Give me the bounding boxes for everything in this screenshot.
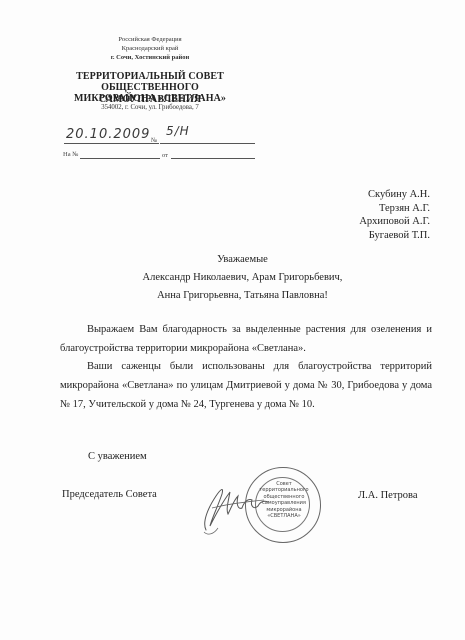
org-address: 354002, г. Сочи, ул. Грибоедова, 7 [60,104,240,111]
greeting-line2: Александр Николаевич, Арам Григорьбевич, [10,268,465,287]
addressee: Архиповой А.Г. [270,215,430,229]
body-paragraph-2-text: Ваши саженцы были использованы для благо… [60,361,432,410]
letterhead-district-text: г. Сочи, Хостинский район [111,54,190,61]
number-underline [160,143,255,144]
date-underline [64,143,159,144]
closing-regards: С уважением [88,451,147,462]
signer-name: Л.А. Петрова [358,490,418,501]
body-paragraph-1: Выражаем Вам благодарность за выделенные… [60,320,432,358]
greeting-line3: Анна Григорьевна, Татьяна Павловна! [10,286,465,305]
body-paragraph-2: Ваши саженцы были использованы для благо… [60,357,432,414]
addressee-list: Скубину А.Н. Терзян А.Г. Архиповой А.Г. … [270,188,430,242]
org-name-line1: ТЕРРИТОРИАЛЬНЫЙ СОВЕТ [50,71,250,83]
letterhead-region: Краснодарский край [60,45,240,54]
reply-date-underline [171,158,255,159]
reply-number-underline [80,158,160,159]
number-label: № [151,137,157,144]
addressee: Бугаевой Т.П. [270,229,430,243]
signer-position: Председатель Совета [62,489,157,500]
letterhead-district: г. Сочи, Хостинский район [60,54,240,63]
reply-from-label: от [162,152,168,159]
greeting-line1: Уважаемые [10,250,465,269]
signature [198,478,278,538]
reply-to-label: На № [63,151,78,158]
outgoing-number: 5/Н [166,124,190,138]
outgoing-date: 20.10.2009 [66,127,150,142]
org-name-line3: МИКРОРАЙОНА «СВЕТЛАНА» [50,93,250,105]
addressee: Скубину А.Н. [270,188,430,202]
body-paragraph-1-text: Выражаем Вам благодарность за выделенные… [60,324,432,354]
letterhead-country: Российская Федерация [60,36,240,45]
addressee: Терзян А.Г. [270,202,430,216]
